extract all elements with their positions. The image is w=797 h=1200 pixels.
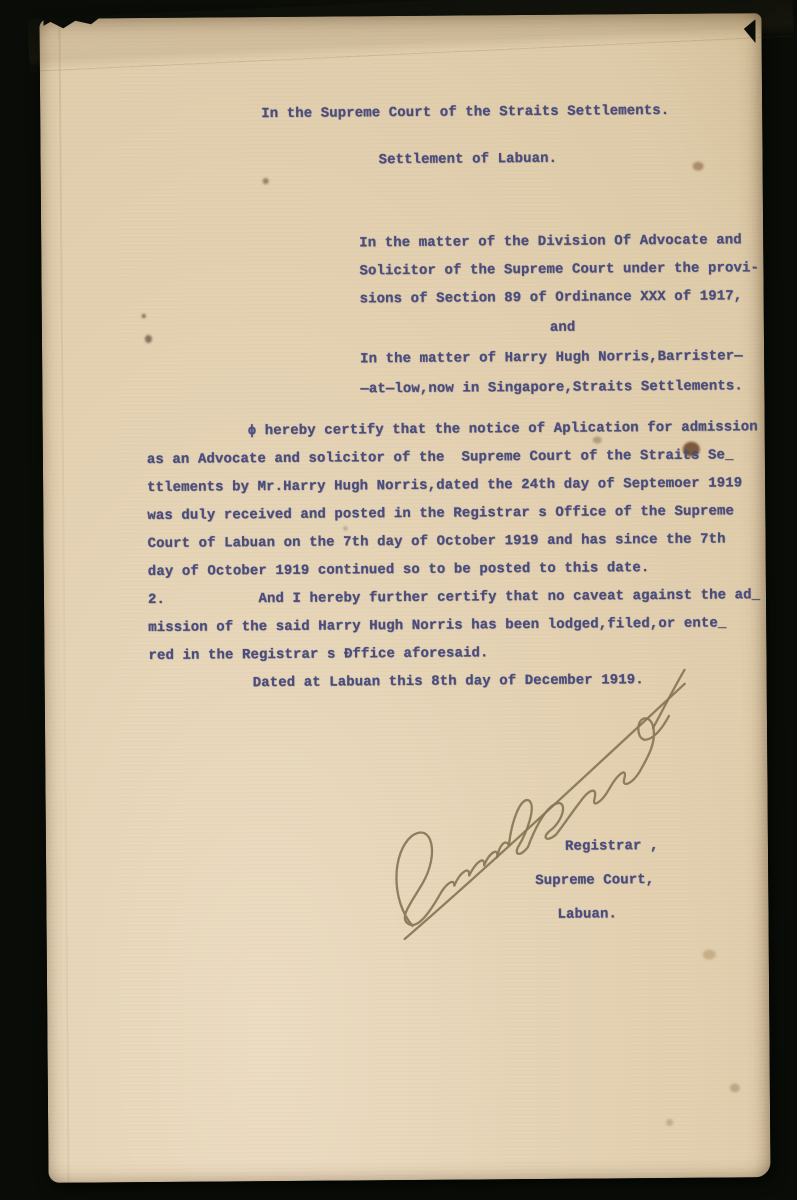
typed-line-body: as an Advocate and solicitor of the Supr… — [147, 447, 734, 469]
stain — [142, 314, 146, 318]
photo-background: In the Supreme Court of the Straits Sett… — [0, 0, 797, 1200]
typed-line-body: ttlements by Mr.Harry Hugh Norris,dated … — [147, 475, 742, 497]
fold-crease-top — [27, 0, 794, 71]
stain — [693, 162, 704, 171]
typed-line-body: ϕ hereby certify that the notice of Apli… — [248, 419, 758, 440]
typed-line-settlement-heading: Settlement of Labuan. — [378, 151, 557, 169]
typed-line-labuan: Labuan. — [557, 906, 617, 923]
torn-corner-top-left — [43, 16, 101, 31]
typed-line-body: mission of the said Harry Hugh Norris ha… — [148, 615, 726, 637]
typed-line-matter: In the matter of Harry Hugh Norris,Barri… — [360, 348, 743, 368]
typed-line-body: Court of Labuan on the 7th day of Octobe… — [148, 531, 726, 553]
stain — [666, 1119, 673, 1126]
typed-line-matter: Solicitor of the Supreme Court under the… — [359, 260, 759, 280]
signature-underline-stroke — [403, 684, 687, 939]
stain — [730, 1083, 740, 1092]
stain — [263, 178, 269, 184]
typed-line-registrar: Registrar , — [565, 838, 659, 856]
typed-line-court-heading: In the Supreme Court of the Straits Sett… — [261, 103, 669, 123]
typed-line-supreme-court: Supreme Court, — [535, 872, 654, 890]
torn-notch-top-right — [742, 19, 755, 43]
stain — [145, 335, 152, 343]
fold-crease-left — [58, 19, 69, 1183]
typed-line-matter-and: and — [550, 320, 576, 337]
signature-flourish-stroke — [653, 670, 685, 728]
typed-line-body: day of October 1919 continued so to be p… — [148, 560, 650, 581]
paper-sheet: In the Supreme Court of the Straits Sett… — [39, 13, 770, 1183]
typed-line-matter: In the matter of the Division Of Advocat… — [359, 232, 742, 252]
typed-line-matter: —at—low,now in Singapore,Straits Settlem… — [360, 378, 743, 398]
typed-line-body: was duly received and posted in the Regi… — [147, 503, 734, 525]
stain — [343, 526, 347, 530]
signature-handwriting — [380, 654, 718, 973]
signature-name-stroke — [395, 716, 670, 926]
typed-line-matter: sions of Section 89 of Ordinance XXX of … — [360, 288, 743, 308]
typed-line-body: 2. And I hereby further certify that no … — [148, 587, 760, 609]
